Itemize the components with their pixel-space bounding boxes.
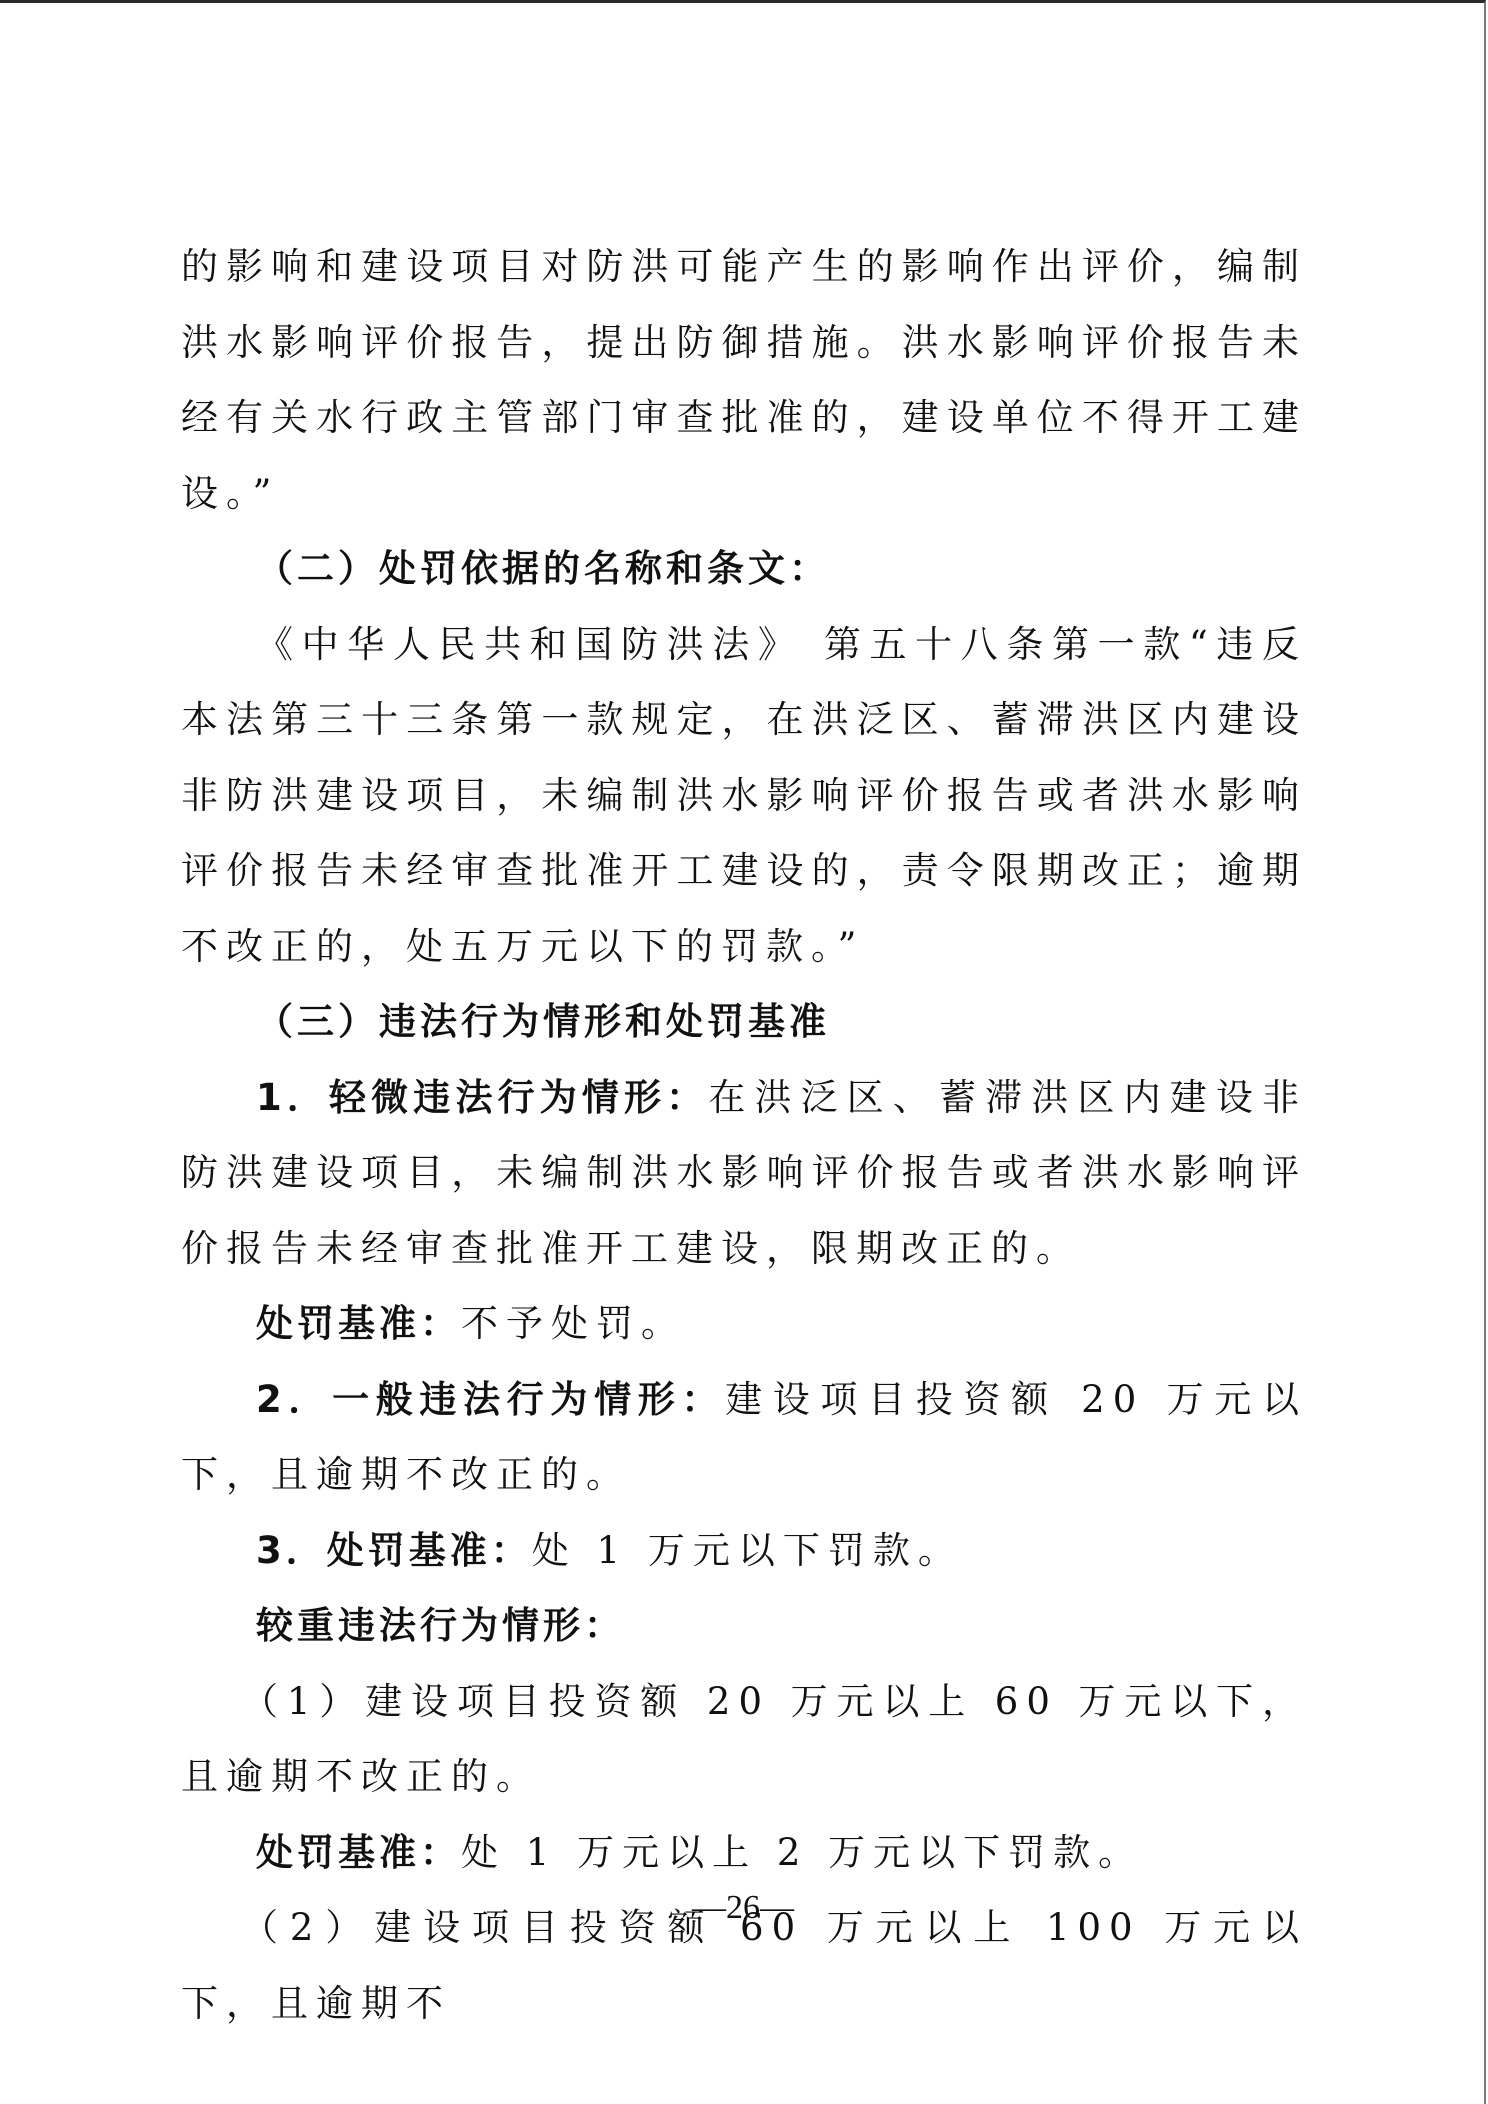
section-heading-violation-circumstances: （三）违法行为情形和处罚基准 — [181, 984, 1307, 1060]
serious-item-1-penalty-text: 处 1 万元以上 2 万元以下罚款。 — [461, 1831, 1143, 1874]
penalty-standard-text: 不予处罚。 — [461, 1302, 686, 1345]
serious-violation-label: 较重违法行为情形： — [256, 1604, 625, 1647]
general-violation-label: 2．一般违法行为情形： — [256, 1378, 725, 1421]
general-penalty-text: 处 1 万元以下罚款。 — [532, 1529, 963, 1572]
minor-violation-paragraph: 1．轻微违法行为情形：在洪泛区、蓄滞洪区内建设非防洪建设项目，未编制洪水影响评价… — [181, 1060, 1307, 1287]
serious-item-1-penalty-label: 处罚基准： — [256, 1831, 461, 1874]
penalty-standard-label: 处罚基准： — [256, 1302, 461, 1345]
general-penalty-label: 3．处罚基准： — [256, 1529, 532, 1572]
page-number: —26— — [0, 1889, 1486, 1927]
continuation-paragraph: 的影响和建设项目对防洪可能产生的影响作出评价，编制洪水影响评价报告，提出防御措施… — [181, 229, 1307, 531]
general-violation-paragraph: 2．一般违法行为情形：建设项目投资额 20 万元以下，且逾期不改正的。 — [181, 1362, 1307, 1513]
minor-penalty-paragraph: 处罚基准：不予处罚。 — [181, 1286, 1307, 1362]
general-penalty-paragraph: 3．处罚基准：处 1 万元以下罚款。 — [181, 1513, 1307, 1589]
section-heading-penalty-basis: （二）处罚依据的名称和条文： — [181, 531, 1307, 607]
document-page: 的影响和建设项目对防洪可能产生的影响作出评价，编制洪水影响评价报告，提出防御措施… — [0, 0, 1486, 2104]
document-body: 的影响和建设项目对防洪可能产生的影响作出评价，编制洪水影响评价报告，提出防御措施… — [181, 229, 1307, 2041]
law-citation-paragraph: 《中华人民共和国防洪法》 第五十八条第一款“违反本法第三十三条第一款规定，在洪泛… — [181, 607, 1307, 985]
serious-violation-heading: 较重违法行为情形： — [181, 1588, 1307, 1664]
serious-item-1-penalty-paragraph: 处罚基准：处 1 万元以上 2 万元以下罚款。 — [181, 1815, 1307, 1891]
minor-violation-label: 1．轻微违法行为情形： — [256, 1076, 708, 1119]
serious-item-1-paragraph: （1）建设项目投资额 20 万元以上 60 万元以下，且逾期不改正的。 — [181, 1664, 1307, 1815]
